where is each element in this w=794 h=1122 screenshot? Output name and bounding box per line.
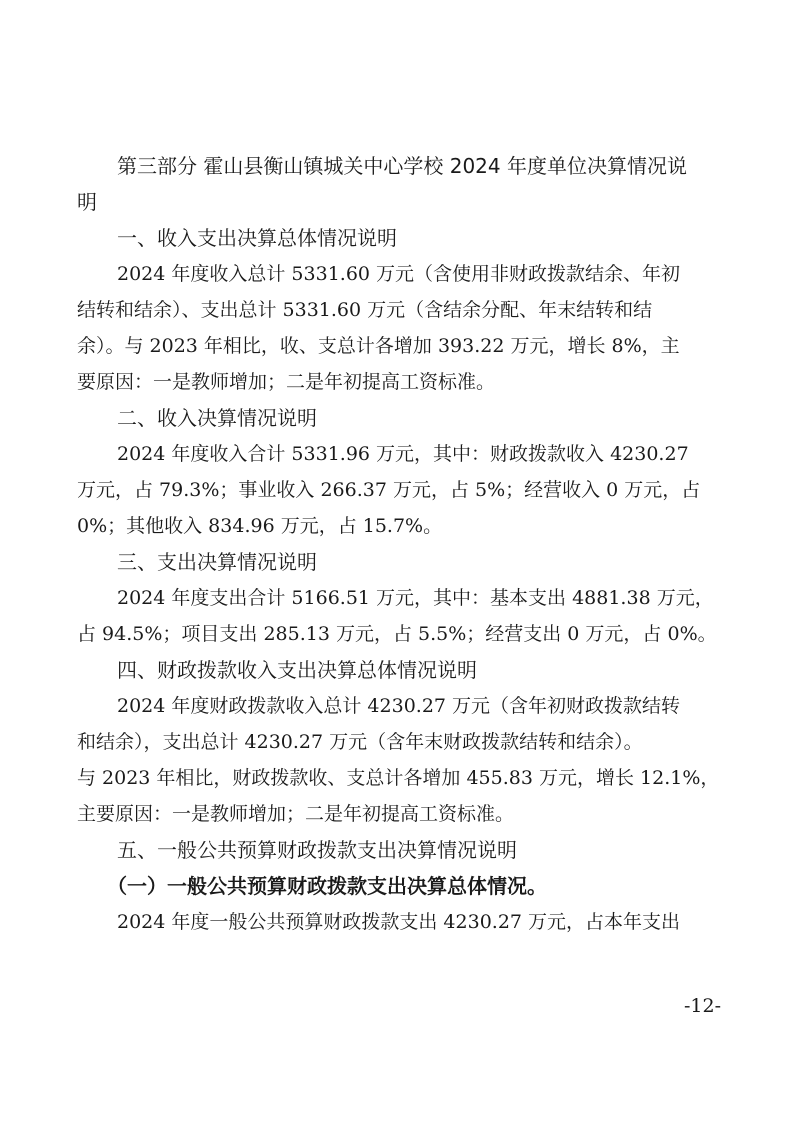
section-heading-5: 五、一般公共预算财政拨款支出决算情况说明 [77, 832, 707, 868]
document-title-continued: 明 [77, 184, 707, 220]
paragraph-line: 主要原因：一是教师增加；二是年初提高工资标准。 [77, 796, 707, 832]
section-heading-4: 四、财政拨款收入支出决算总体情况说明 [77, 652, 707, 688]
section-heading-2: 二、收入决算情况说明 [77, 400, 707, 436]
paragraph-line: 2024 年度财政拨款收入总计 4230.27 万元（含年初财政拨款结转 [77, 688, 707, 724]
document-page: 第三部分 霍山县衡山镇城关中心学校 2024 年度单位决算情况说 明 一、收入支… [77, 148, 707, 940]
paragraph-line: 2024 年度支出合计 5166.51 万元，其中：基本支出 4881.38 万… [77, 580, 707, 616]
section-heading-3: 三、支出决算情况说明 [77, 544, 707, 580]
paragraph-line: 要原因：一是教师增加；二是年初提高工资标准。 [77, 364, 707, 400]
paragraph-line: 与 2023 年相比，财政拨款收、支总计各增加 455.83 万元，增长 12.… [77, 760, 707, 796]
page-number: -12- [684, 995, 721, 1017]
paragraph-line: 0%；其他收入 834.96 万元，占 15.7%。 [77, 508, 707, 544]
paragraph-line: 余）。与 2023 年相比，收、支总计各增加 393.22 万元，增长 8%，主 [77, 328, 707, 364]
section-heading-1: 一、收入支出决算总体情况说明 [77, 220, 707, 256]
paragraph-line: 2024 年度收入合计 5331.96 万元，其中：财政拨款收入 4230.27 [77, 436, 707, 472]
paragraph-line: 万元，占 79.3%；事业收入 266.37 万元，占 5%；经营收入 0 万元… [77, 472, 707, 508]
paragraph-line: 2024 年度一般公共预算财政拨款支出 4230.27 万元，占本年支出 [77, 904, 707, 940]
paragraph-line: 和结余），支出总计 4230.27 万元（含年末财政拨款结转和结余）。 [77, 724, 707, 760]
paragraph-line: 结转和结余）、支出总计 5331.60 万元（含结余分配、年末结转和结 [77, 292, 707, 328]
document-title: 第三部分 霍山县衡山镇城关中心学校 2024 年度单位决算情况说 [77, 148, 707, 184]
paragraph-line: 占 94.5%；项目支出 285.13 万元，占 5.5%；经营支出 0 万元，… [77, 616, 707, 652]
subsection-heading: （一）一般公共预算财政拨款支出决算总体情况。 [77, 868, 707, 904]
paragraph-line: 2024 年度收入总计 5331.60 万元（含使用非财政拨款结余、年初 [77, 256, 707, 292]
